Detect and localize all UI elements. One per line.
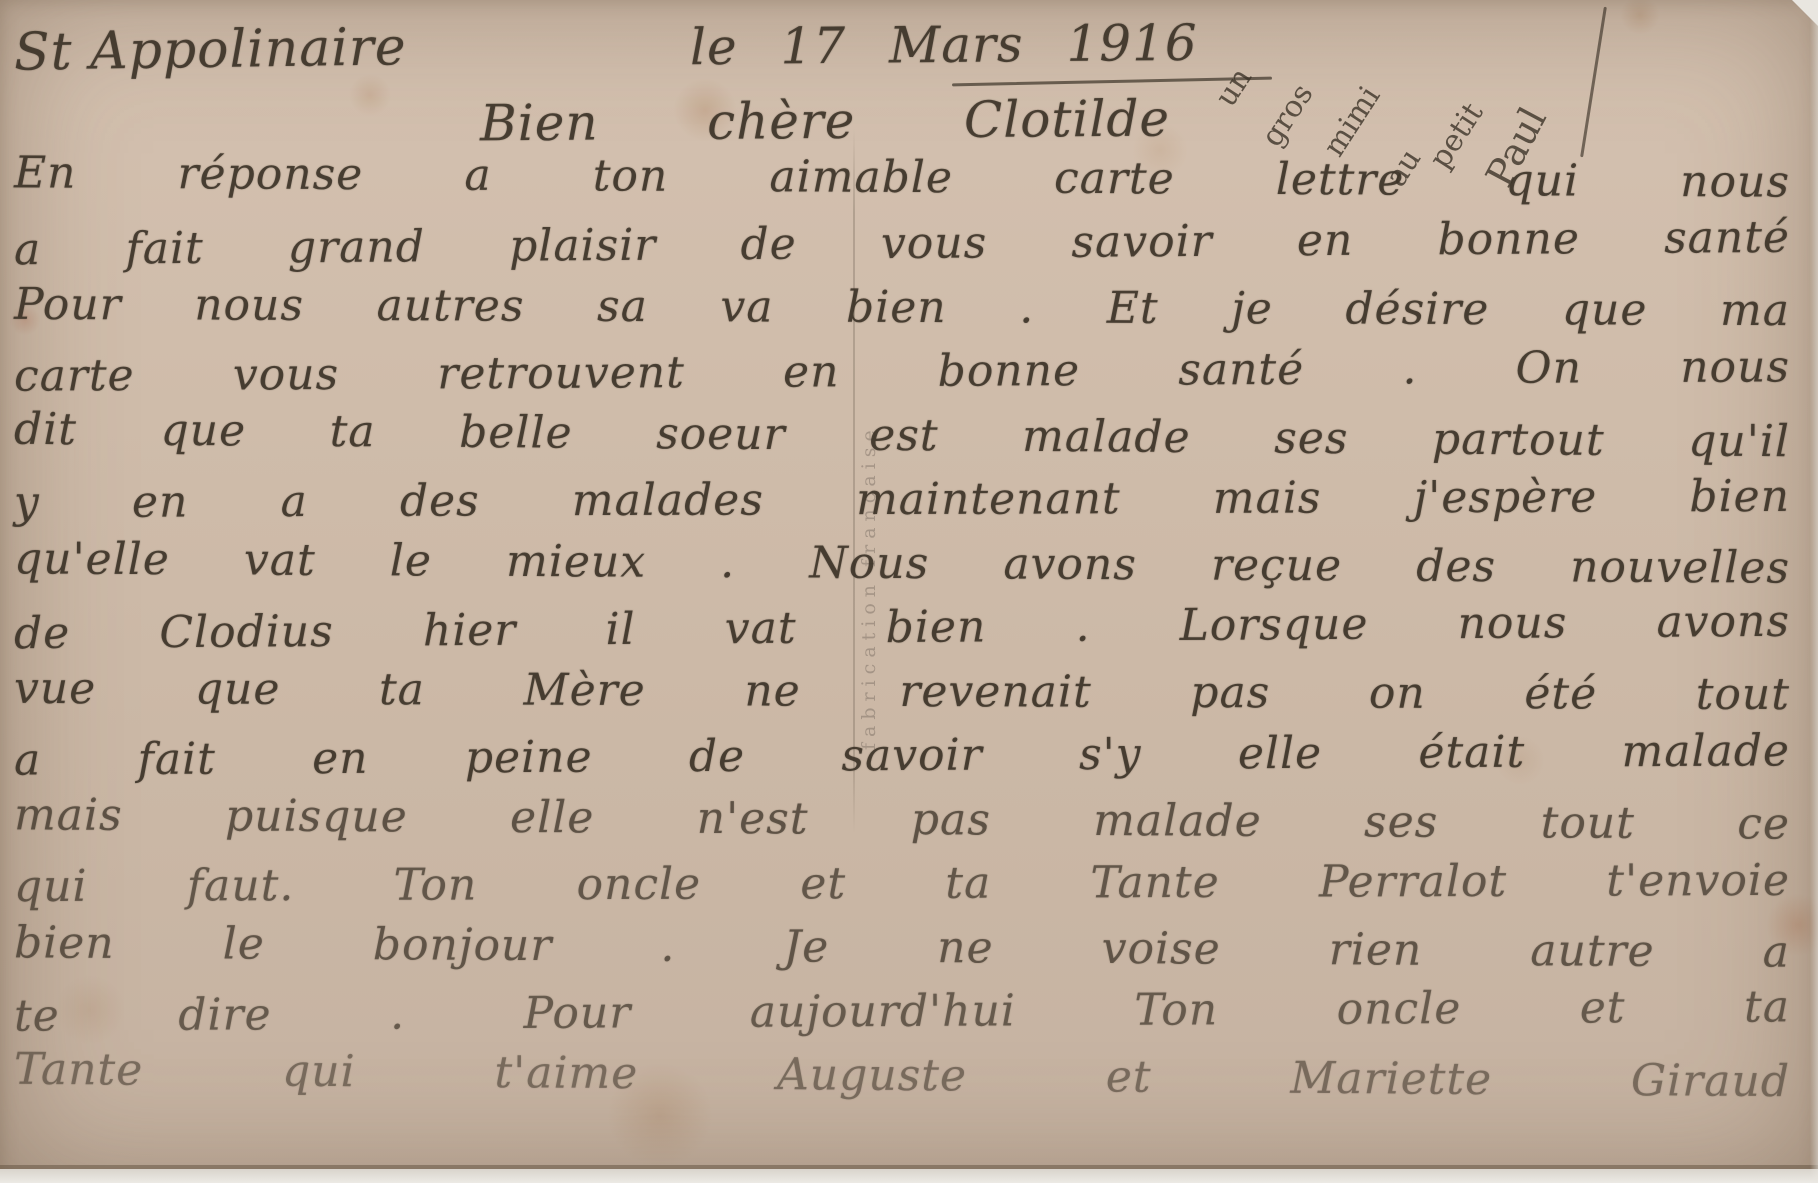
letter-line: mais puisque elle n'est pas malade ses t… [14,787,1790,852]
letter-line: qu'elle vat le mieux . Nous avons reçue … [14,531,1790,596]
letter-line: qui faut. Ton oncle et ta Tante Perralot… [14,853,1790,915]
salutation: Bien chère Clotilde [480,90,1170,153]
letter-line: En réponse a ton aimable carte lettre qu… [14,145,1790,210]
ink-stroke [1580,7,1607,158]
place-name: St Appolinaire [14,17,407,82]
date-line: le 17 Mars 1916 [690,14,1198,76]
letter-line: de Clodius hier il vat bien . Lorsque no… [14,594,1790,662]
letter-line: a fait grand plaisir de vous savoir en b… [14,210,1790,278]
corner-note-word: mimi [1317,80,1388,163]
scan-background-strip [0,1169,1818,1183]
letter-line: dit que ta belle soeur est malade ses pa… [14,402,1790,470]
letter-line: Tante qui t'aime Auguste et Mariette Gir… [14,1042,1790,1110]
letter-line: bien le bonjour . Je ne voise rien autre… [14,915,1790,980]
letter-line: carte vous retrouvent en bonne santé . O… [14,339,1790,404]
corner-note-word: un [1209,62,1259,113]
card-right-edge [1810,0,1818,1183]
postcard-back: St Appolinaire le 17 Mars 1916 un gros m… [0,0,1818,1183]
letter-line: y en a des malades maintenant mais j'esp… [14,469,1790,531]
letter-line: vue que ta Mère ne revenait pas on été t… [14,661,1790,723]
letter-line: Pour nous autres sa va bien . Et je dési… [14,277,1790,339]
corner-note-word: gros [1255,78,1321,153]
letter-line: te dire . Pour aujourd'hui Ton oncle et … [14,979,1790,1044]
letter-line: a fait en peine de savoir s'y elle était… [14,723,1790,788]
